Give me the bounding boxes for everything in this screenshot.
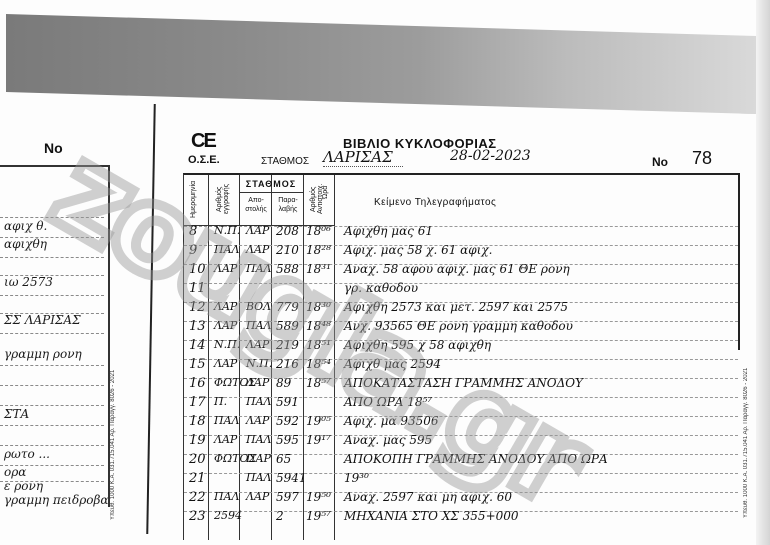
- left-vertical-print: Υπεύθ. 1000 Κ.Α. 031.715.041 Αρ. Παραγγ.…: [110, 200, 120, 520]
- table-row: 22ΠΑΛΛΑΡ59719⁵⁰Αναχ. 2597 και μη αφιχ. 6…: [184, 492, 738, 510]
- reply-number: 595: [276, 433, 299, 447]
- time-cell: 19¹⁷: [306, 433, 331, 447]
- from-station: Ν.Π.: [214, 338, 240, 351]
- table-row: 9ΠΑΛΛΑΡ21018²⁸Αφιχ. μας 58 χ. 61 αφιχ.: [184, 245, 738, 263]
- table-row: 10ΛΑΡΠΑΛ58818³¹Αναχ. 58 αφου αφιχ. μας 6…: [184, 264, 738, 282]
- reply-number: 588: [276, 262, 299, 276]
- telegram-text: ΑΠΟΚΟΠΗ ΓΡΑΜΜΗΣ ΑΝΟΔΟΥ ΑΠΟ ΩΡΑ: [344, 452, 608, 466]
- table-row: 13ΛΑΡΠΑΛ58918⁴⁸Ανχ. 93565 ΘΕ ρονη γραμμη…: [184, 321, 738, 339]
- left-page-table: αφιχ θ. αφιχθη ιω 2573 ΣΣ ΛΑΡΙΣΑΣ γραμμη…: [0, 165, 110, 507]
- time-cell: 18³¹: [306, 262, 331, 276]
- reply-number: 591: [276, 395, 299, 409]
- col-header-station: ΣΤΑΘΜΟΣ: [239, 179, 303, 189]
- table-row: 21ΠΑΛ594119³⁰: [184, 473, 738, 491]
- time-cell: 18⁰⁶: [306, 224, 331, 238]
- telegram-text: Αναχ. 2597 και μη αφιχ. 60: [344, 490, 512, 504]
- col-header-time: Ώρα: [322, 177, 329, 207]
- to-station: ΠΑΛ: [246, 433, 271, 446]
- to-station: ΠΑΛ: [246, 471, 271, 484]
- time-cell: 18⁵⁴: [306, 357, 331, 371]
- reply-number: 5941: [276, 471, 307, 485]
- telegram-text: Αφιχθ μας 2594: [344, 357, 441, 371]
- to-station: Ν.Π.: [246, 357, 272, 370]
- reply-number: 592: [276, 414, 299, 428]
- time-cell: 19⁰⁵: [306, 414, 331, 428]
- page-no-label: No: [652, 155, 668, 169]
- to-station: ΠΑΛ: [246, 262, 271, 275]
- traffic-log-table: Ημερομηνία Αριθμός εγγραφής ΣΤΑΘΜΟΣ Απο-…: [183, 173, 740, 540]
- telegram-text: Ανχ. 93565 ΘΕ ρονη γραμμη καθοδου: [344, 319, 573, 333]
- reply-number: 779: [276, 300, 299, 314]
- telegram-text: ΑΠΟΚΑΤΑΣΤΑΣΗ ΓΡΑΜΜΗΣ ΑΝΟΔΟΥ: [344, 376, 583, 390]
- org-name: Ο.Σ.Ε.: [188, 154, 220, 166]
- telegram-text: Αναχ. μας 595: [344, 433, 432, 447]
- time-cell: 18⁴⁸: [306, 319, 331, 333]
- scan-artifact-band: [6, 14, 756, 114]
- table-row: 19ΛΑΡΠΑΛ59519¹⁷Αναχ. μας 595: [184, 435, 738, 453]
- station-value: ΛΑΡΙΣΑΣ: [323, 148, 403, 167]
- reply-number: 597: [276, 490, 299, 504]
- from-station: ΠΑΛ: [214, 414, 239, 427]
- record-number: 15: [189, 357, 209, 372]
- from-station: Ν.Π.: [214, 224, 240, 237]
- reply-number: 216: [276, 357, 299, 371]
- reply-number: 219: [276, 338, 299, 352]
- left-page-no-label: No: [44, 140, 63, 156]
- reply-number: 589: [276, 319, 299, 333]
- reply-number: 208: [276, 224, 299, 238]
- to-station: ΛΑΡ: [246, 490, 269, 503]
- record-number: 20: [189, 452, 209, 467]
- telegram-text: Αφιχθη 595 χ 58 αφιχθη: [344, 338, 491, 352]
- from-station: Π.: [214, 395, 227, 408]
- to-station: ΠΑΛ: [246, 395, 271, 408]
- to-station: ΠΑΛ: [246, 319, 271, 332]
- left-entry: ορα: [4, 465, 26, 479]
- record-number: 13: [189, 319, 209, 334]
- to-station: ΛΑΡ: [246, 243, 269, 256]
- telegram-text: 19³⁰: [344, 471, 369, 485]
- to-station: ΠΑΡ: [246, 452, 271, 465]
- table-row: 15ΛΑΡΝ.Π.21618⁵⁴Αφιχθ μας 2594: [184, 359, 738, 377]
- table-row: 11γρ. καθοδου: [184, 283, 738, 301]
- from-station: ΛΑΡ: [214, 433, 237, 446]
- col-header-from: Απο-στολής: [241, 196, 271, 214]
- left-entry: αφιχθη: [4, 237, 47, 251]
- table-row: 8Ν.Π.ΛΑΡ20818⁰⁶Αφιχθη μας 61: [184, 226, 738, 244]
- record-number: 18: [189, 414, 209, 429]
- telegram-text: ΜΗΧΑΝΙΑ ΣΤΟ ΧΣ 355+000: [344, 509, 519, 523]
- left-entry: ΣΤΑ: [4, 407, 29, 421]
- reply-number: 210: [276, 243, 299, 257]
- to-station: ΛΑΡ: [246, 338, 269, 351]
- table-row: 20ΦΩΤΟΣΠΑΡ65ΑΠΟΚΟΠΗ ΓΡΑΜΜΗΣ ΑΝΟΔΟΥ ΑΠΟ Ω…: [184, 454, 738, 472]
- telegram-text: Αφιχθη 2573 και μετ. 2597 και 2575: [344, 300, 568, 314]
- time-cell: 18⁵⁷: [306, 376, 331, 390]
- col-header-to: Παρα-λαβής: [273, 196, 303, 214]
- reply-number: 2: [276, 509, 284, 523]
- from-station: ΛΑΡ: [214, 319, 237, 332]
- to-station: ΛΑΡ: [246, 414, 269, 427]
- record-number: 16: [189, 376, 209, 391]
- left-entry: γραμμη ρονη: [4, 347, 82, 361]
- telegram-text: γρ. καθοδου: [344, 281, 418, 295]
- record-number: 22: [189, 490, 209, 505]
- record-number: 23: [189, 509, 209, 524]
- left-entry: ρωτο ...: [4, 447, 50, 461]
- main-vertical-print: Υπεύθ. 1000 Κ.Α. 031.715.041 Αρ. Παραγγ.…: [743, 228, 753, 518]
- time-cell: 18³⁰: [306, 300, 331, 314]
- col-header-record-no: Αριθμός εγγραφής: [216, 177, 230, 221]
- ose-logo: CE: [191, 130, 215, 153]
- record-number: 17: [189, 395, 209, 410]
- record-number: 11: [189, 281, 209, 296]
- left-page: No αφιχ θ. αφιχθη ιω 2573 ΣΣ ΛΑΡΙΣΑΣ γρα…: [0, 120, 150, 540]
- table-row: 18ΠΑΛΛΑΡ59219⁰⁵Αφιχ. μα 93506: [184, 416, 738, 434]
- from-station: ΛΑΡ: [214, 300, 237, 313]
- telegram-text: ΑΠΟ ΩΡΑ 18⁵⁷: [344, 395, 432, 409]
- col-header-text: Κείμενο Τηλεγραφήματος: [374, 197, 496, 208]
- to-station: ΒΟΛ: [246, 300, 271, 313]
- reply-number: 89: [276, 376, 291, 390]
- page-no-value: 78: [692, 148, 712, 169]
- left-entry: ε ρονη: [4, 479, 43, 493]
- from-station: 2594: [214, 509, 242, 522]
- page-edge: [756, 0, 770, 545]
- from-station: ΛΑΡ: [214, 357, 237, 370]
- telegram-text: Αφιχ. μα 93506: [344, 414, 439, 428]
- from-station: ΠΑΛ: [214, 243, 239, 256]
- date-value: 28-02-2023: [450, 148, 531, 164]
- from-station: ΠΑΛ: [214, 490, 239, 503]
- record-number: 10: [189, 262, 209, 277]
- left-entry: αφιχ θ.: [4, 219, 47, 233]
- to-station: ΛΑΡ: [246, 376, 269, 389]
- left-entry: γραμμη πειδροβα: [4, 493, 109, 507]
- reply-number: 65: [276, 452, 291, 466]
- table-row: 14Ν.Π.ΛΑΡ21918⁵¹Αφιχθη 595 χ 58 αφιχθη: [184, 340, 738, 358]
- telegram-text: Αφιχ. μας 58 χ. 61 αφιχ.: [344, 243, 492, 257]
- main-page: CE Ο.Σ.Ε. ΒΙΒΛΙΟ ΚΥΚΛΟΦΟΡΙΑΣ ΣΤΑΘΜΟΣ ΛΑΡ…: [155, 118, 755, 538]
- table-row: 17Π.ΠΑΛ591ΑΠΟ ΩΡΑ 18⁵⁷: [184, 397, 738, 415]
- time-cell: 18²⁸: [306, 243, 331, 257]
- left-entry: ιω 2573: [4, 275, 53, 289]
- table-row: 12ΛΑΡΒΟΛ77918³⁰Αφιχθη 2573 και μετ. 2597…: [184, 302, 738, 320]
- record-number: 9: [189, 243, 209, 258]
- record-number: 21: [189, 471, 209, 486]
- record-number: 12: [189, 300, 209, 315]
- to-station: ΛΑΡ: [246, 224, 269, 237]
- table-row: 16ΦΩΤΟΣΛΑΡ8918⁵⁷ΑΠΟΚΑΤΑΣΤΑΣΗ ΓΡΑΜΜΗΣ ΑΝΟ…: [184, 378, 738, 396]
- time-cell: 19⁵⁷: [306, 509, 331, 523]
- record-number: 19: [189, 433, 209, 448]
- col-header-day: Ημερομηνία: [190, 177, 197, 221]
- time-cell: 18⁵¹: [306, 338, 331, 352]
- record-number: 14: [189, 338, 209, 353]
- telegram-text: Αναχ. 58 αφου αφιχ. μας 61 ΘΕ ρονη: [344, 262, 570, 276]
- record-number: 8: [189, 224, 209, 239]
- time-cell: 19⁵⁰: [306, 490, 331, 504]
- from-station: ΛΑΡ: [214, 262, 237, 275]
- left-entry: ΣΣ ΛΑΡΙΣΑΣ: [4, 313, 81, 327]
- station-label: ΣΤΑΘΜΟΣ: [261, 156, 309, 167]
- telegram-text: Αφιχθη μας 61: [344, 224, 433, 238]
- table-row: 232594219⁵⁷ΜΗΧΑΝΙΑ ΣΤΟ ΧΣ 355+000: [184, 511, 738, 529]
